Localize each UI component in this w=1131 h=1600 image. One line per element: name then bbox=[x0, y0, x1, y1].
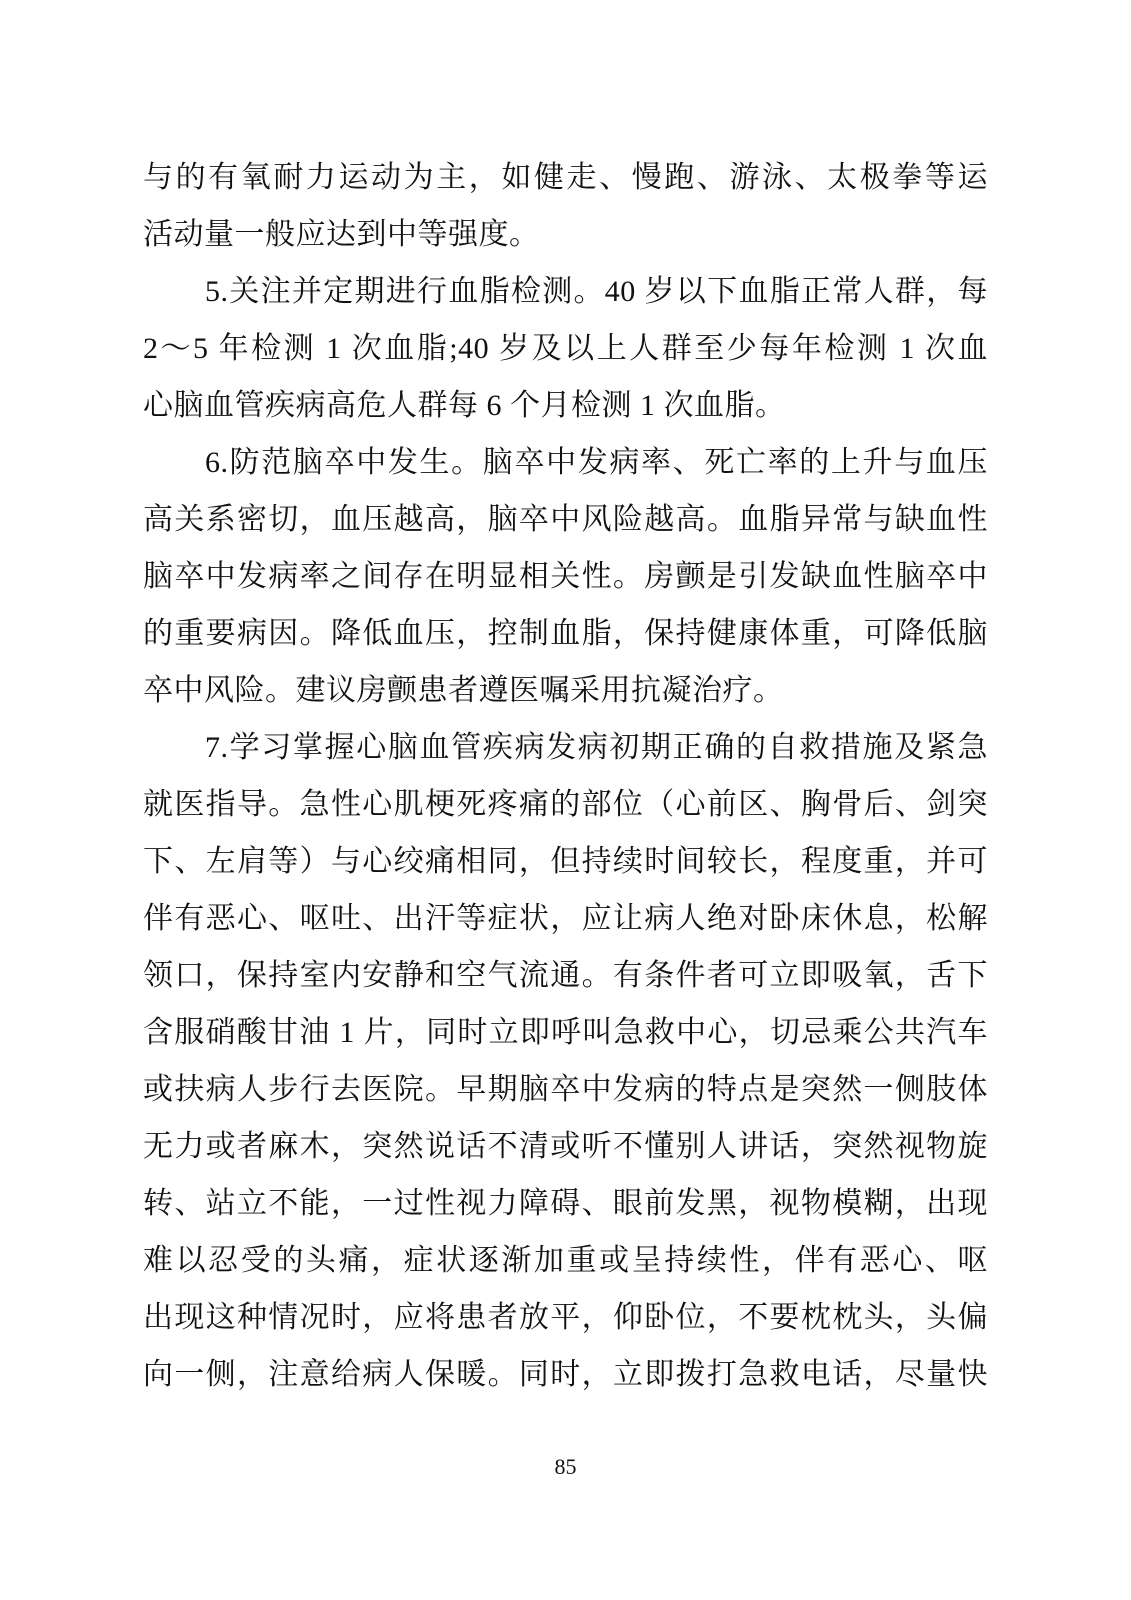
document-body: 与的有氧耐力运动为主，如健走、慢跑、游泳、太极拳等运动，活动量一般应达到中等强度… bbox=[143, 149, 988, 1403]
text-line: 伴有恶心、呕吐、出汗等症状，应让病人绝对卧床休息，松解 bbox=[143, 890, 988, 947]
text-line: 2～5 年检测 1 次血脂;40 岁及以上人群至少每年检测 1 次血脂。 bbox=[143, 320, 988, 377]
text-line: 5.关注并定期进行血脂检测。40 岁以下血脂正常人群，每 bbox=[143, 263, 988, 320]
text-line: 含服硝酸甘油 1 片，同时立即呼叫急救中心，切忌乘公共汽车 bbox=[143, 1004, 988, 1061]
page-footer: 85 bbox=[143, 1452, 988, 1482]
text-line: 或扶病人步行去医院。早期脑卒中发病的特点是突然一侧肢体 bbox=[143, 1061, 988, 1118]
text-line: 心脑血管疾病高危人群每 6 个月检测 1 次血脂。 bbox=[143, 377, 988, 434]
text-line: 向一侧，注意给病人保暖。同时，立即拨打急救电话，尽量快 bbox=[143, 1346, 988, 1403]
page-number: 85 bbox=[143, 1452, 988, 1482]
text-line: 6.防范脑卒中发生。脑卒中发病率、死亡率的上升与血压升 bbox=[143, 434, 988, 491]
text-line: 高关系密切，血压越高，脑卒中风险越高。血脂异常与缺血性 bbox=[143, 491, 988, 548]
document-page: 与的有氧耐力运动为主，如健走、慢跑、游泳、太极拳等运动，活动量一般应达到中等强度… bbox=[0, 0, 1131, 1600]
text-line: 脑卒中发病率之间存在明显相关性。房颤是引发缺血性脑卒中 bbox=[143, 548, 988, 605]
text-line: 就医指导。急性心肌梗死疼痛的部位（心前区、胸骨后、剑突 bbox=[143, 776, 988, 833]
text-line: 领口，保持室内安静和空气流通。有条件者可立即吸氧，舌下 bbox=[143, 947, 988, 1004]
text-line: 出现这种情况时，应将患者放平，仰卧位，不要枕枕头，头偏 bbox=[143, 1289, 988, 1346]
text-line: 的重要病因。降低血压，控制血脂，保持健康体重，可降低脑 bbox=[143, 605, 988, 662]
text-line: 难以忍受的头痛，症状逐渐加重或呈持续性，伴有恶心、呕吐。 bbox=[143, 1232, 988, 1289]
text-line: 转、站立不能，一过性视力障碍、眼前发黑，视物模糊，出现 bbox=[143, 1175, 988, 1232]
text-line: 无力或者麻木，突然说话不清或听不懂别人讲话，突然视物旋 bbox=[143, 1118, 988, 1175]
text-line: 下、左肩等）与心绞痛相同，但持续时间较长，程度重，并可 bbox=[143, 833, 988, 890]
text-line: 活动量一般应达到中等强度。 bbox=[143, 206, 988, 263]
text-line: 卒中风险。建议房颤患者遵医嘱采用抗凝治疗。 bbox=[143, 662, 988, 719]
text-line: 与的有氧耐力运动为主，如健走、慢跑、游泳、太极拳等运动， bbox=[143, 149, 988, 206]
text-line: 7.学习掌握心脑血管疾病发病初期正确的自救措施及紧急 bbox=[143, 719, 988, 776]
